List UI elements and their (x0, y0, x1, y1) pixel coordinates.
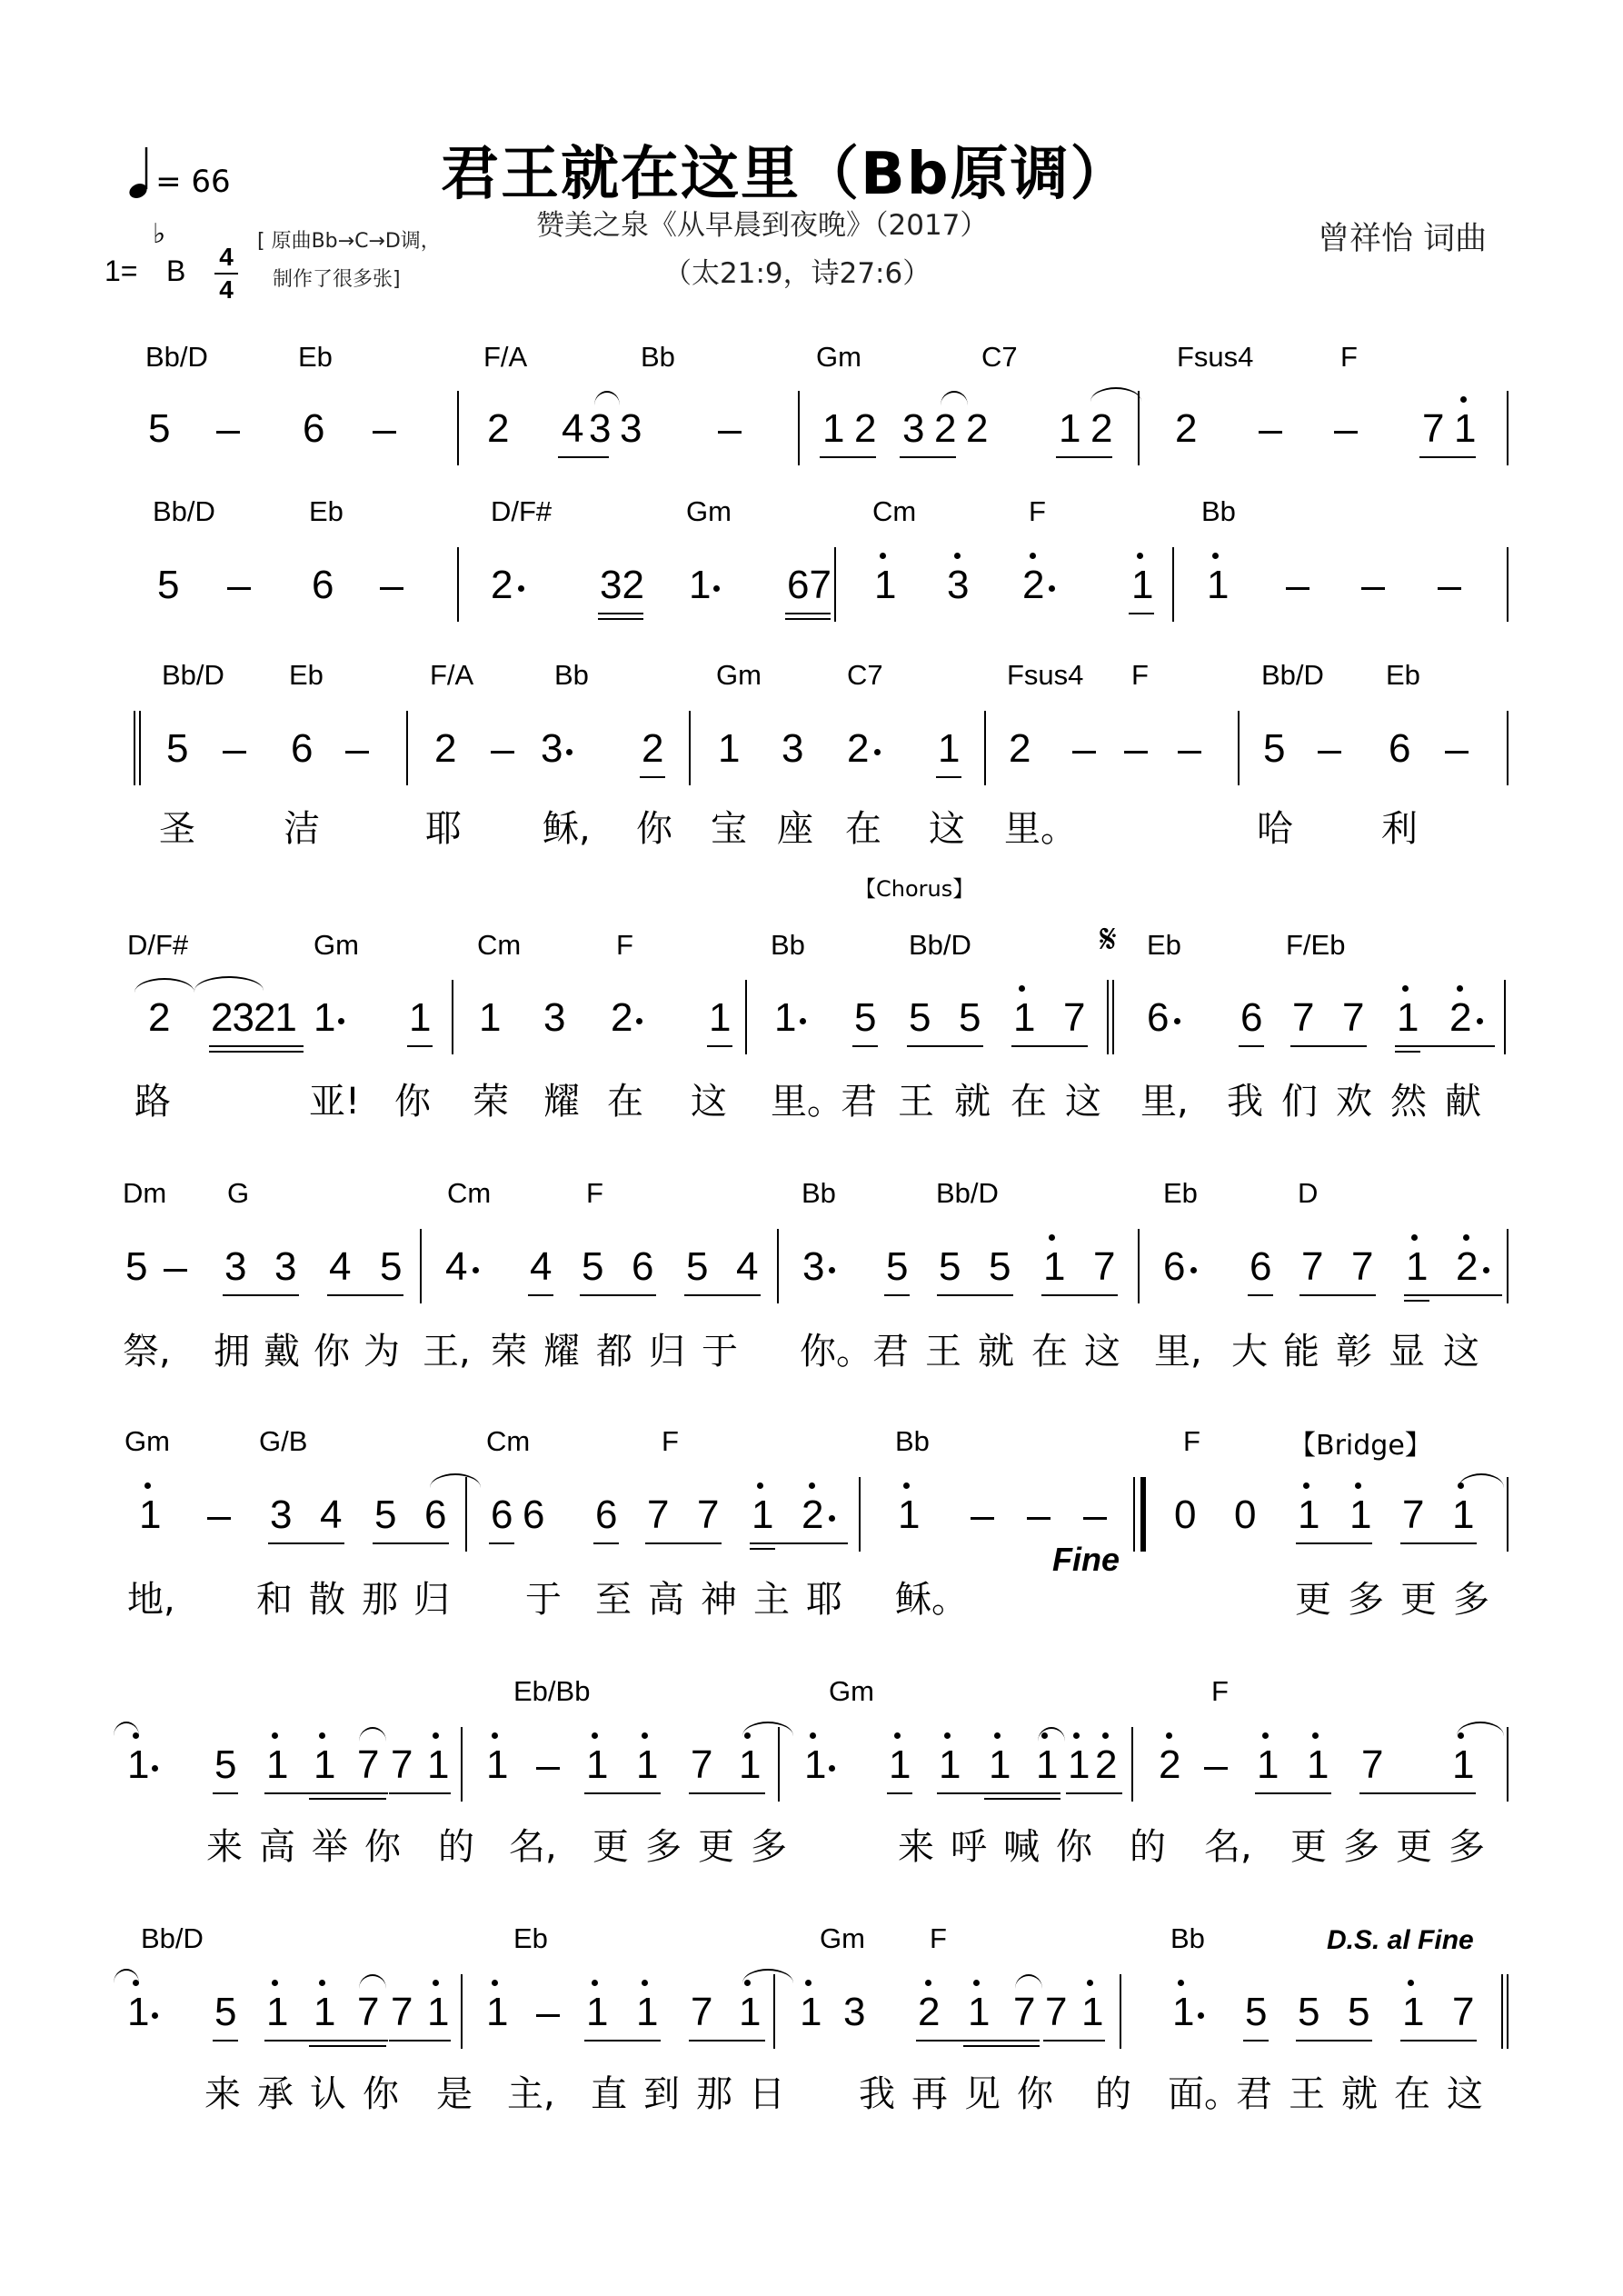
lyric-syllable: 多 (645, 1818, 682, 1870)
note: 2 (1449, 998, 1471, 1038)
octave-dot-icon (433, 1732, 439, 1739)
lyric-syllable: 那 (362, 1571, 398, 1622)
lyric-syllable: 主 (753, 1571, 790, 1622)
note: 3 (947, 565, 969, 605)
note: 1 (427, 1745, 449, 1785)
sustain-dash (373, 431, 396, 434)
lyric-syllable: 荣 (491, 1323, 527, 1374)
beam-underline (852, 1045, 878, 1047)
augmentation-dot-icon (829, 1765, 835, 1772)
note: 2 (642, 729, 663, 769)
octave-dot-icon (810, 1732, 816, 1739)
augmentation-dot-icon (1049, 585, 1055, 592)
lyric-syllable: 能 (1283, 1323, 1319, 1374)
chord: G (227, 1177, 249, 1210)
lyric-syllable: 举 (312, 1818, 348, 1870)
augmentation-dot-icon (829, 1267, 835, 1273)
chord: Bb (554, 659, 589, 692)
note: 1 (1081, 1992, 1103, 2032)
octave-dot-icon (133, 1980, 139, 1986)
lyric-syllable: 的 (1130, 1818, 1166, 1870)
note: 1 (889, 1745, 911, 1785)
sustain-dash (1124, 751, 1148, 754)
note: 1 (479, 998, 501, 1038)
chord: F/Eb (1286, 929, 1345, 962)
augmentation-dot-icon (1190, 1267, 1197, 1273)
lyric-syllable: 地, (127, 1571, 175, 1622)
augmentation-dot-icon (874, 749, 881, 755)
beam-underline (785, 618, 831, 620)
chord: F (1131, 659, 1149, 692)
sustain-dash (1027, 1517, 1050, 1520)
note: 5 (886, 1247, 908, 1287)
note: 7 (1013, 1992, 1035, 2032)
lyric-syllable: 你 (636, 800, 672, 852)
scripture-reference: （太21:9，诗27:6） (663, 250, 931, 291)
fine-marking: Fine (1052, 1541, 1120, 1579)
note: 2 (847, 729, 869, 769)
octave-dot-icon (1102, 1732, 1109, 1739)
chord: Gm (124, 1425, 170, 1458)
note: 2 (1456, 1247, 1478, 1287)
sustain-dash (207, 1517, 231, 1520)
ds-al-fine-marking: D.S. al Fine (1327, 1925, 1474, 1956)
lyric-syllable: 这 (1065, 1073, 1101, 1124)
note: 1 (739, 1745, 761, 1785)
beam-underline (213, 1792, 238, 1794)
note: 5 (909, 998, 931, 1038)
lyric-syllable: 来 (206, 1818, 243, 1870)
lyric-syllable: 在 (1031, 1323, 1068, 1374)
augmentation-dot-icon (566, 749, 573, 755)
beam-underline (1290, 1045, 1367, 1047)
lyric-syllable: 再 (911, 2065, 948, 2117)
note: 1 (1307, 1745, 1329, 1785)
note: 5 (380, 1247, 402, 1287)
lyric-syllable: 更 (1400, 1571, 1437, 1622)
barline (461, 1974, 463, 2049)
octave-dot-icon (1166, 1732, 1172, 1739)
lyric-syllable: 戴 (264, 1323, 300, 1374)
lyric-syllable: 里, (1154, 1323, 1202, 1374)
octave-dot-icon (1355, 1482, 1361, 1489)
barline (420, 1229, 422, 1303)
note: 5 (1348, 1992, 1369, 2032)
chord: Eb (513, 1922, 548, 1955)
note: 7 (1422, 409, 1444, 449)
octave-dot-icon (1049, 1234, 1055, 1241)
chord: Bb/D (936, 1177, 999, 1210)
beam-underline (820, 456, 876, 458)
chord: Gm (314, 929, 359, 962)
measure: 5 6 2 3 2 1 3 2 1 2 5 6 (0, 729, 1623, 802)
note: 1 (1452, 1495, 1474, 1535)
barline (859, 1477, 861, 1552)
beam-underline (309, 2045, 386, 2047)
note: 5 (1298, 1992, 1319, 2032)
lyric-syllable: 里, (1140, 1073, 1189, 1124)
octave-dot-icon (1073, 1732, 1080, 1739)
beam-underline (937, 1792, 1060, 1794)
beam-underline (984, 1798, 1060, 1800)
tie-icon (742, 1969, 793, 1983)
tie-icon (1015, 1974, 1042, 1989)
note: 1 (314, 998, 335, 1038)
barline (1140, 1477, 1146, 1552)
note: 6 (1163, 1247, 1185, 1287)
sustain-dash (1259, 431, 1282, 434)
chord: Bb/D (141, 1922, 204, 1955)
note: 7 (391, 1992, 413, 2032)
chord: Gm (716, 659, 762, 692)
lyric-syllable: 到 (643, 2065, 680, 2117)
note: 7 (1063, 998, 1085, 1038)
chord: Fsus4 (1007, 659, 1083, 692)
beam-underline (1255, 1792, 1331, 1794)
beam-underline (1239, 1045, 1264, 1047)
note: 6 (632, 1247, 653, 1287)
note: 7 (1093, 1247, 1115, 1287)
note: 3 (902, 409, 924, 449)
note: 3 (543, 998, 565, 1038)
beam-underline (1066, 1792, 1122, 1794)
barline (745, 980, 747, 1054)
sustain-dash (718, 431, 742, 434)
lyric-syllable: 你 (1017, 2065, 1053, 2117)
key-signature: 1= (105, 255, 137, 288)
note: 4 (320, 1495, 342, 1535)
note: 2 (934, 409, 956, 449)
barline (798, 391, 800, 465)
note: 1 (822, 409, 844, 449)
sustain-dash (1178, 751, 1201, 754)
beam-underline (1400, 2040, 1477, 2041)
barline (134, 711, 135, 785)
note: 4 (445, 1247, 467, 1287)
lyric-syllable: 在 (845, 800, 881, 852)
beam-underline (1041, 1294, 1118, 1296)
lyric-syllable: 就 (954, 1073, 991, 1124)
note: 7 (1452, 1992, 1474, 2032)
note: 1 (586, 1745, 608, 1785)
note: 0 (1234, 1495, 1256, 1535)
augmentation-dot-icon (636, 1018, 642, 1024)
chord: Eb (298, 341, 333, 374)
lyric-syllable: 你 (363, 2065, 399, 2117)
beam-underline (407, 1045, 433, 1047)
beam-underline (1404, 1294, 1502, 1296)
note: 6 (312, 565, 334, 605)
sustain-dash (1204, 1767, 1228, 1770)
section-label-bridge: 【Bridge】 (1289, 1423, 1432, 1462)
octave-dot-icon (1019, 985, 1025, 992)
tie-icon (1457, 1722, 1504, 1736)
note: 7 (691, 1992, 712, 2032)
lyric-syllable: 你 (314, 1323, 350, 1374)
augmentation-dot-icon (713, 585, 720, 592)
note: 1 (1452, 1745, 1474, 1785)
note: 1 (968, 1992, 990, 2032)
augmentation-dot-icon (338, 1018, 344, 1024)
lyric-syllable: 面。 (1168, 2065, 1240, 2117)
lyric-syllable: 于 (525, 1571, 562, 1622)
note: 3 (270, 1495, 292, 1535)
barline (1507, 1727, 1508, 1802)
barline (689, 711, 691, 785)
note: 4 (530, 1247, 552, 1287)
beam-underline (373, 1542, 449, 1544)
note: 1 (1349, 1495, 1371, 1535)
tie-icon (941, 391, 968, 405)
note: 6 (1147, 998, 1169, 1038)
lyric-syllable: 哈 (1257, 800, 1293, 852)
lyric-syllable: 君 (1236, 2065, 1272, 2117)
beam-underline (1243, 2040, 1269, 2041)
beam-underline (209, 1051, 304, 1053)
octave-dot-icon (433, 1980, 439, 1986)
tie-icon (1038, 1727, 1065, 1742)
augmentation-dot-icon (1198, 2012, 1204, 2019)
lyric-syllable: 主, (507, 2065, 555, 2117)
lyric-syllable: 献 (1445, 1073, 1481, 1124)
chord: Cm (477, 929, 521, 962)
lyric-syllable: 耀 (543, 1073, 580, 1124)
note: 1 (989, 1745, 1011, 1785)
lyric-syllable: 耶 (806, 1571, 842, 1622)
octave-dot-icon (1303, 1482, 1309, 1489)
note: 7 (1351, 1247, 1373, 1287)
lyric-syllable: 洁 (284, 800, 320, 852)
time-sig-top: 4 (214, 244, 238, 271)
measure: 2 2321 1 1 1 3 2 1 1 5 55 17 6 6 77 1 2 (0, 998, 1623, 1071)
octave-dot-icon (319, 1732, 325, 1739)
note: 7 (1342, 998, 1364, 1038)
barline (1112, 980, 1114, 1054)
note: 5 (686, 1247, 708, 1287)
note: 1 (1257, 1745, 1279, 1785)
note: 2 (918, 1992, 940, 2032)
note: 6 (303, 409, 324, 449)
augmentation-dot-icon (800, 1018, 806, 1024)
beam-underline (209, 1045, 304, 1047)
augmentation-dot-icon (1477, 1018, 1483, 1024)
tempo-value: = 66 (155, 164, 231, 200)
lyric-syllable: 亚! (309, 1073, 360, 1124)
measure: 5 33 45 4 4 56 54 3 5 55 17 6 6 77 1 2 (0, 1247, 1623, 1320)
chord: Bb/D (909, 929, 971, 962)
beam-underline (1011, 1045, 1088, 1047)
octave-dot-icon (1457, 985, 1463, 992)
lyric-syllable: 宝 (711, 800, 747, 852)
note: 5 (939, 1247, 961, 1287)
note: 1 (874, 565, 896, 605)
lyric-syllable: 多 (1453, 1571, 1489, 1622)
arrangement-note-2: 制作了很多张] (273, 264, 401, 292)
tie-icon (359, 1727, 386, 1742)
beam-underline (1129, 613, 1154, 614)
beam-underline (640, 776, 665, 778)
chord: Gm (820, 1922, 865, 1955)
subtitle: 赞美之泉《从早晨到夜晚》（2017） (536, 202, 988, 243)
lyric-syllable: 更 (1295, 1571, 1331, 1622)
octave-dot-icon (809, 1482, 815, 1489)
lyric-syllable: 的 (1095, 2065, 1131, 2117)
lyric-syllable: 圣 (159, 800, 195, 852)
lyric-syllable: 你 (1056, 1818, 1092, 1870)
note: 1 (1043, 1247, 1065, 1287)
lyric-syllable: 神 (701, 1571, 737, 1622)
note: 5 (989, 1247, 1011, 1287)
beam-underline (750, 1542, 848, 1544)
note: 2 (611, 998, 632, 1038)
segno-icon: 𝄋 (1100, 920, 1117, 960)
lyric-syllable: 呼 (951, 1818, 987, 1870)
measure: 1 34 56 66 6 77 1 2 1 0 0 11 71 (0, 1495, 1623, 1568)
note: 3 (274, 1247, 296, 1287)
beam-underline (528, 1294, 553, 1296)
chord: Bb/D (162, 659, 224, 692)
lyric-syllable: 你。 (800, 1323, 872, 1374)
octave-dot-icon (1030, 553, 1036, 559)
augmentation-dot-icon (152, 1765, 158, 1772)
note: 1 (938, 729, 960, 769)
chord: F (1029, 495, 1046, 528)
note: 6 (491, 1495, 513, 1535)
barline (1507, 391, 1508, 465)
beam-underline (1395, 1045, 1495, 1047)
tie-icon (430, 1473, 481, 1488)
beam-underline (936, 776, 961, 778)
lyric-syllable: 你 (394, 1073, 431, 1124)
sustain-dash (1445, 751, 1469, 754)
chord: Eb/Bb (513, 1675, 590, 1708)
note: 3 (224, 1247, 246, 1287)
note: 1 (139, 1495, 161, 1535)
note: 6 (595, 1495, 617, 1535)
note: 1 (804, 1745, 826, 1785)
lyric-syllable: 在 (1394, 2065, 1430, 2117)
lyric-syllable: 来 (898, 1818, 934, 1870)
lyric-syllable: 祭, (123, 1323, 171, 1374)
octave-dot-icon (1212, 553, 1219, 559)
tempo-marking: = 66 (127, 145, 231, 200)
barline (773, 1974, 775, 2049)
chord: Bb/D (153, 495, 215, 528)
note: 1 (314, 1745, 335, 1785)
note: 5 (166, 729, 188, 769)
beam-underline (1419, 456, 1476, 458)
note: 5 (374, 1495, 396, 1535)
beam-underline (684, 1294, 761, 1296)
octave-dot-icon (1262, 1732, 1269, 1739)
octave-dot-icon (903, 1482, 910, 1489)
barline (1133, 1477, 1135, 1552)
note: 1 (898, 1495, 920, 1535)
lyric-syllable: 路 (134, 1073, 171, 1124)
note: 7 (1292, 998, 1314, 1038)
quarter-note-icon (127, 145, 151, 200)
note: 1 (939, 1745, 961, 1785)
lyric-syllable: 名, (509, 1818, 557, 1870)
chord: Bb (1170, 1922, 1205, 1955)
note: 2 (434, 729, 456, 769)
tie-icon (1459, 1473, 1504, 1488)
lyric-syllable: 稣, (543, 800, 591, 852)
chord: Gm (829, 1675, 874, 1708)
lyric-syllable: 多 (1449, 1818, 1485, 1870)
octave-dot-icon (144, 1482, 151, 1489)
chord: F (1211, 1675, 1229, 1708)
beam-underline (707, 1045, 732, 1047)
octave-dot-icon (1402, 985, 1409, 992)
lyric-syllable: 多 (1343, 1818, 1379, 1870)
chord: Eb (1147, 929, 1181, 962)
octave-dot-icon (944, 1732, 951, 1739)
lyric-syllable: 这 (1084, 1323, 1120, 1374)
lyric-syllable: 为 (363, 1323, 400, 1374)
beam-underline (963, 2045, 1040, 2047)
lyric-syllable: 然 (1390, 1073, 1427, 1124)
note: 2 (1090, 409, 1112, 449)
chord: Bb (641, 341, 675, 374)
lyric-syllable: 里。 (771, 1073, 843, 1124)
beam-underline (1056, 456, 1112, 458)
lyric-syllable: 那 (696, 2065, 732, 2117)
octave-dot-icon (592, 1732, 598, 1739)
chord: F (1183, 1425, 1200, 1458)
note: 1 (266, 1992, 288, 2032)
sustain-dash (1334, 431, 1358, 434)
octave-dot-icon (1463, 1234, 1469, 1241)
lyric-syllable: 喊 (1003, 1818, 1040, 1870)
note: 1 (636, 1992, 658, 2032)
note: 1 (1207, 565, 1229, 605)
lyric-syllable: 都 (596, 1323, 632, 1374)
lyric-syllable: 座 (777, 800, 813, 852)
measure: 5 6 2 32 1 67 1 3 2 1 1 (0, 565, 1623, 638)
chord: Bb (1201, 495, 1236, 528)
composer: 曾祥怡 词曲 (1318, 214, 1487, 259)
octave-dot-icon (319, 1980, 325, 1986)
note: 7 (691, 1745, 712, 1785)
lyric-syllable: 稣。 (895, 1571, 968, 1622)
note: 7 (1361, 1745, 1383, 1785)
beam-underline (887, 1792, 912, 1794)
sustain-dash (1072, 751, 1096, 754)
time-sig-bottom: 4 (214, 276, 238, 304)
lyric-syllable: 这 (1443, 1323, 1479, 1374)
chord: F (930, 1922, 947, 1955)
chord: Cm (447, 1177, 491, 1210)
key-letter: B (166, 255, 185, 288)
chord: C7 (981, 341, 1018, 374)
octave-dot-icon (1087, 1980, 1093, 1986)
note: 1 (1013, 998, 1035, 1038)
chord: F/A (430, 659, 473, 692)
barline (139, 711, 141, 785)
lyric-syllable: 利 (1381, 800, 1418, 852)
sustain-dash (227, 587, 251, 590)
note: 2 (854, 409, 876, 449)
tie-icon (194, 976, 264, 991)
lyric-syllable: 直 (591, 2065, 627, 2117)
augmentation-dot-icon (1174, 1018, 1180, 1024)
beam-underline (1400, 1542, 1477, 1544)
barline (1507, 711, 1508, 785)
lyric-syllable: 王 (898, 1073, 934, 1124)
tie-icon (1090, 387, 1141, 402)
note: 2 (491, 565, 513, 605)
